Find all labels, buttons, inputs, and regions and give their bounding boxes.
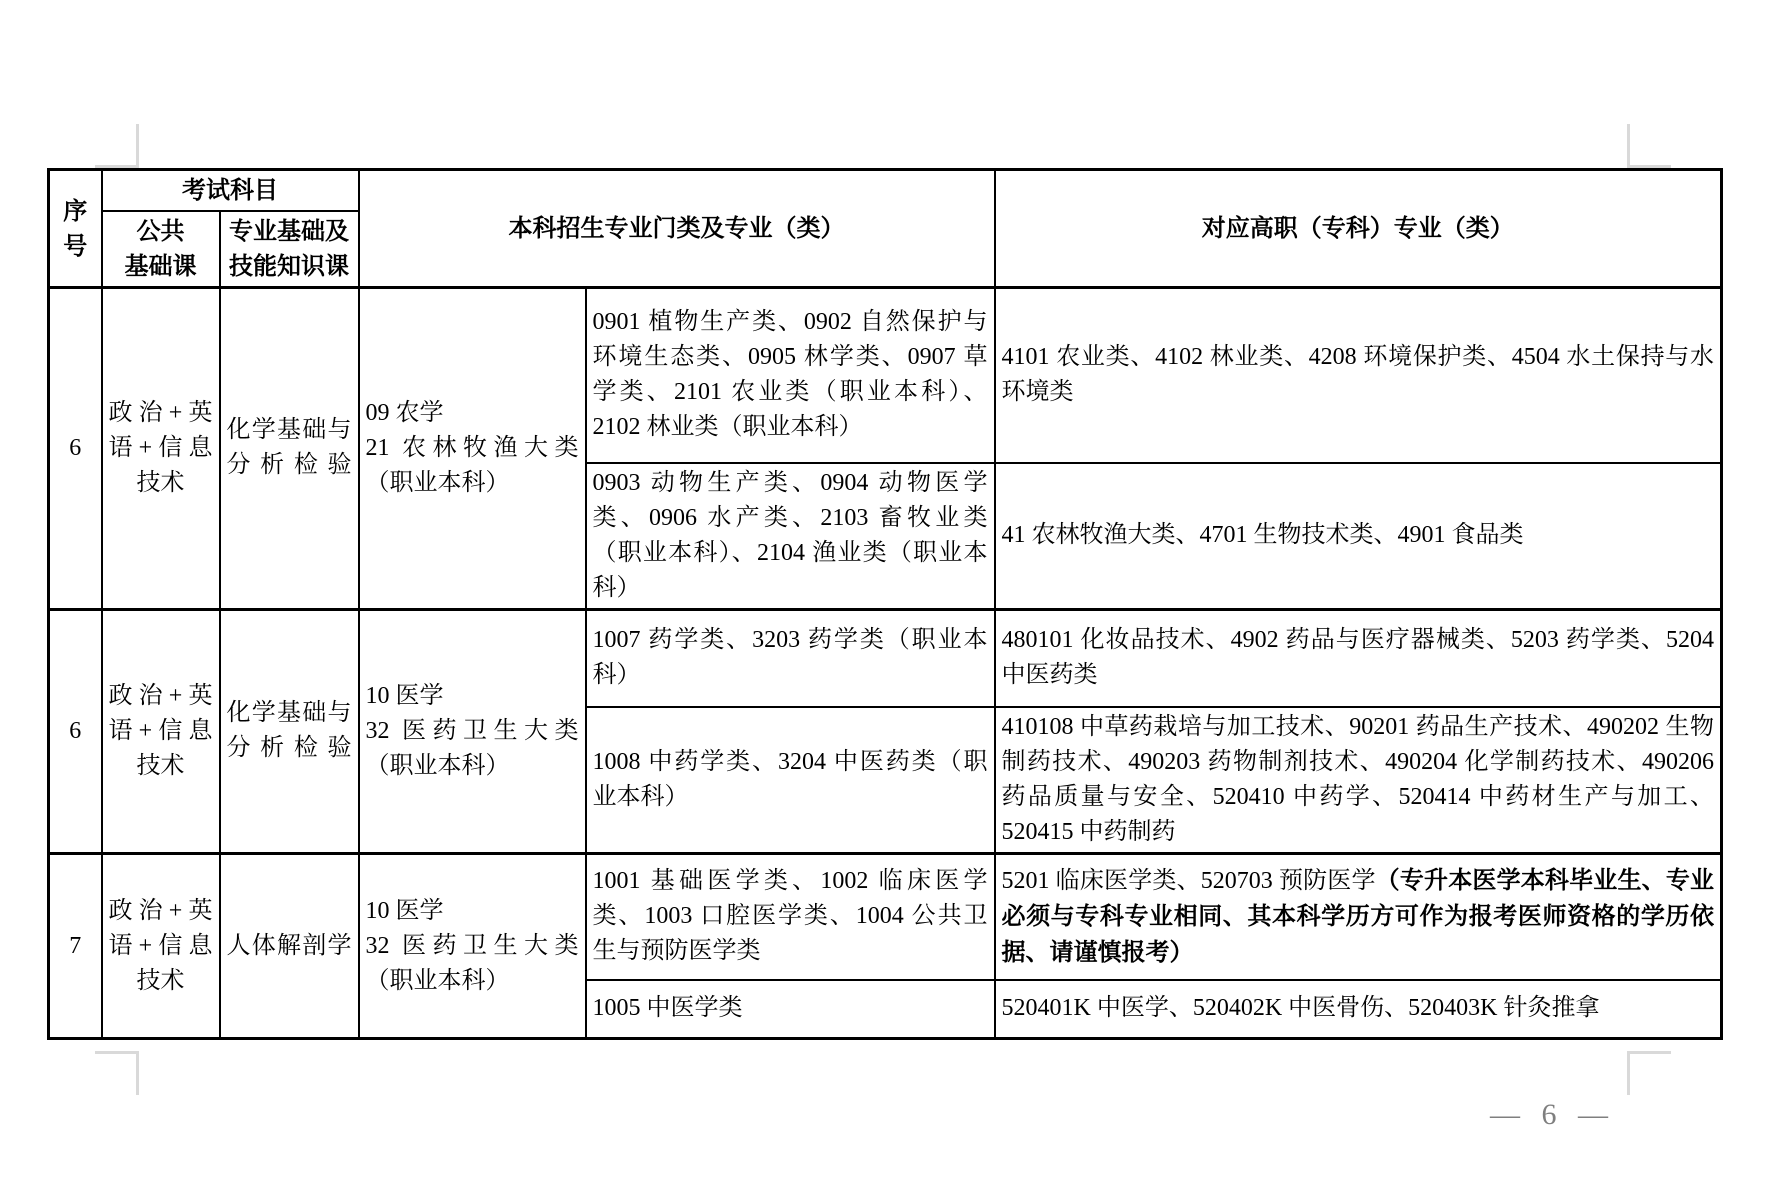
majors-table: 序 号 考试科目 本科招生专业门类及专业（类） 对应高职（专科）专业（类） 公共… — [47, 168, 1723, 1040]
crop-mark-bottom-left-v — [136, 1051, 139, 1095]
category-cell: 10 医学 32 医药卫生大类（职业本科） — [359, 609, 586, 854]
college-cell: 480101 化妆品技术、4902 药品与医疗器械类、5203 药学类、5204… — [995, 609, 1722, 707]
majors-cell: 0901 植物生产类、0902 自然保护与环境生态类、0905 林学类、0907… — [586, 288, 995, 463]
category-line1: 10 医学 — [366, 679, 579, 714]
college-text: 5201 临床医学类、520703 预防医学 — [1002, 868, 1376, 894]
college-cell: 41 农林牧渔大类、4701 生物技术类、4901 食品类 — [995, 463, 1722, 610]
header-professional-basic-line1: 专业基础及 — [227, 214, 352, 249]
header-public-basic: 公共 基础课 — [102, 211, 220, 288]
header-public-basic-line2: 基础课 — [109, 249, 213, 284]
header-public-basic-line1: 公共 — [109, 214, 213, 249]
header-seq-line1: 序 — [56, 194, 95, 229]
header-seq: 序 号 — [49, 170, 102, 288]
header-seq-line2: 号 — [56, 229, 95, 264]
college-cell: 4101 农业类、4102 林业类、4208 环境保护类、4504 水土保持与水… — [995, 288, 1722, 463]
majors-cell: 0903 动物生产类、0904 动物医学类、0906 水产类、2103 畜牧业类… — [586, 463, 995, 610]
skill-course-cell: 化学基础与分析检验 — [220, 609, 359, 854]
category-cell: 09 农学 21 农林牧渔大类（职业本科） — [359, 288, 586, 610]
seq-cell: 6 — [49, 609, 102, 854]
header-college-majors: 对应高职（专科）专业（类） — [995, 170, 1722, 288]
document-page: 序 号 考试科目 本科招生专业门类及专业（类） 对应高职（专科）专业（类） 公共… — [0, 0, 1772, 1202]
crop-mark-bottom-left-h — [95, 1051, 139, 1054]
category-line2: 21 农林牧渔大类（职业本科） — [366, 431, 579, 501]
header-professional-basic: 专业基础及 技能知识课 — [220, 211, 359, 288]
majors-cell: 1008 中药学类、3204 中医药类（职业本科） — [586, 707, 995, 854]
crop-mark-bottom-right-h — [1627, 1051, 1671, 1054]
category-cell: 10 医学 32 医药卫生大类（职业本科） — [359, 854, 586, 1039]
header-undergrad-majors: 本科招生专业门类及专业（类） — [359, 170, 995, 288]
category-line1: 10 医学 — [366, 894, 579, 929]
public-course-cell: 政治+英语+信息技术 — [102, 609, 220, 854]
skill-course-cell: 人体解剖学 — [220, 854, 359, 1039]
category-line2: 32 医药卫生大类（职业本科） — [366, 929, 579, 999]
page-number: — 6 — — [1470, 1098, 1630, 1132]
category-line1: 09 农学 — [366, 396, 579, 431]
crop-mark-top-right-v — [1627, 124, 1630, 168]
public-course-cell: 政治+英语+信息技术 — [102, 854, 220, 1039]
college-cell: 520401K 中医学、520402K 中医骨伤、520403K 针灸推拿 — [995, 980, 1722, 1039]
college-cell: 410108 中草药栽培与加工技术、90201 药品生产技术、490202 生物… — [995, 707, 1722, 854]
category-line2: 32 医药卫生大类（职业本科） — [366, 714, 579, 784]
seq-cell: 6 — [49, 288, 102, 610]
header-professional-basic-line2: 技能知识课 — [227, 249, 352, 284]
public-course-cell: 政治+英语+信息技术 — [102, 288, 220, 610]
crop-mark-bottom-right-v — [1627, 1051, 1630, 1095]
majors-cell: 1005 中医学类 — [586, 980, 995, 1039]
seq-cell: 7 — [49, 854, 102, 1039]
majors-cell: 1007 药学类、3203 药学类（职业本科） — [586, 609, 995, 707]
skill-course-cell: 化学基础与分析检验 — [220, 288, 359, 610]
crop-mark-top-left-v — [136, 124, 139, 168]
header-exam-subjects: 考试科目 — [102, 170, 359, 212]
majors-cell: 1001 基础医学类、1002 临床医学类、1003 口腔医学类、1004 公共… — [586, 854, 995, 980]
college-cell: 5201 临床医学类、520703 预防医学（专升本医学本科毕业生、专业必须与专… — [995, 854, 1722, 980]
